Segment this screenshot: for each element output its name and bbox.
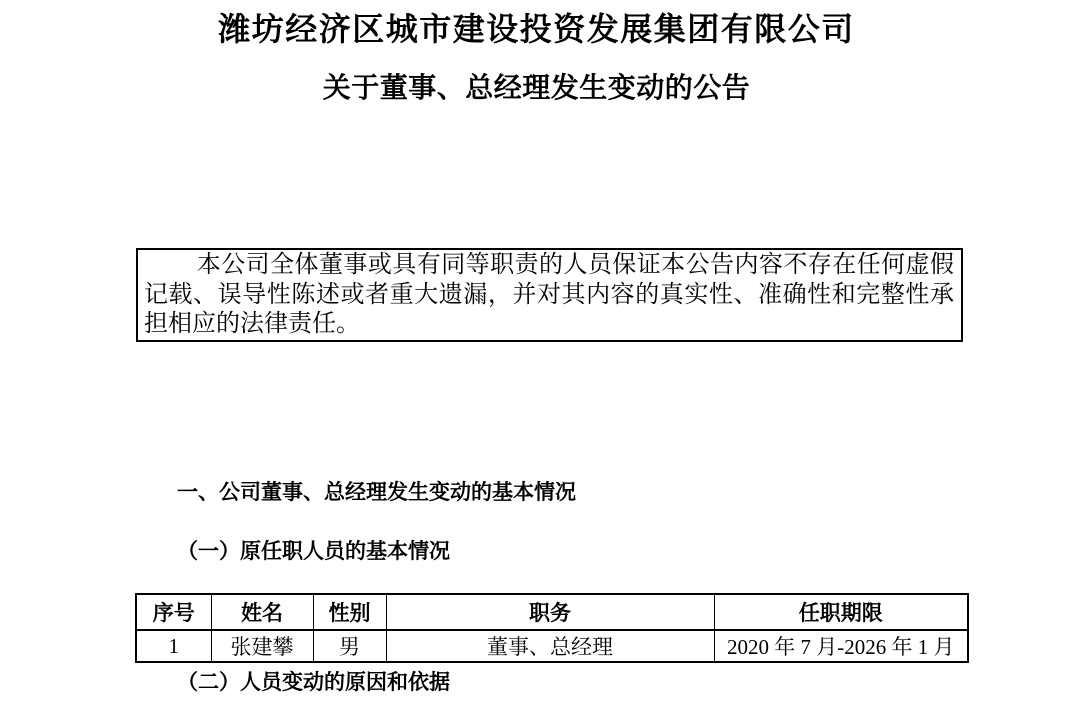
- table-header-seq: 序号: [136, 594, 211, 630]
- cell-seq: 1: [136, 630, 211, 662]
- subsection-heading-1-1: （一）原任职人员的基本情况: [177, 538, 450, 565]
- disclaimer-text: 本公司全体董事或具有同等职责的人员保证本公告内容不存在任何虚假记载、误导性陈述或…: [144, 252, 954, 337]
- cell-gender: 男: [313, 630, 386, 662]
- document-title-company: 潍坊经济区城市建设投资发展集团有限公司: [0, 10, 1073, 48]
- cell-position: 董事、总经理: [386, 630, 714, 662]
- table-header-gender: 性别: [313, 594, 386, 630]
- personnel-table: 序号 姓名 性别 职务 任职期限 1 张建攀 男 董事、总经理 2020 年 7…: [135, 593, 969, 663]
- disclaimer-box: 本公司全体董事或具有同等职责的人员保证本公告内容不存在任何虚假记载、误导性陈述或…: [136, 248, 963, 342]
- table-header-term: 任职期限: [714, 594, 968, 630]
- cell-name: 张建攀: [211, 630, 313, 662]
- table-header-position: 职务: [386, 594, 714, 630]
- document-title-subject: 关于董事、总经理发生变动的公告: [0, 72, 1073, 106]
- cell-term: 2020 年 7 月-2026 年 1 月: [714, 630, 968, 662]
- table-header-row: 序号 姓名 性别 职务 任职期限: [136, 594, 968, 630]
- announcement-document-page: 潍坊经济区城市建设投资发展集团有限公司 关于董事、总经理发生变动的公告 本公司全…: [0, 0, 1073, 720]
- table-header-name: 姓名: [211, 594, 313, 630]
- subsection-heading-1-2: （二）人员变动的原因和依据: [177, 669, 450, 696]
- section-heading-1: 一、公司董事、总经理发生变动的基本情况: [177, 479, 576, 506]
- table-row: 1 张建攀 男 董事、总经理 2020 年 7 月-2026 年 1 月: [136, 630, 968, 662]
